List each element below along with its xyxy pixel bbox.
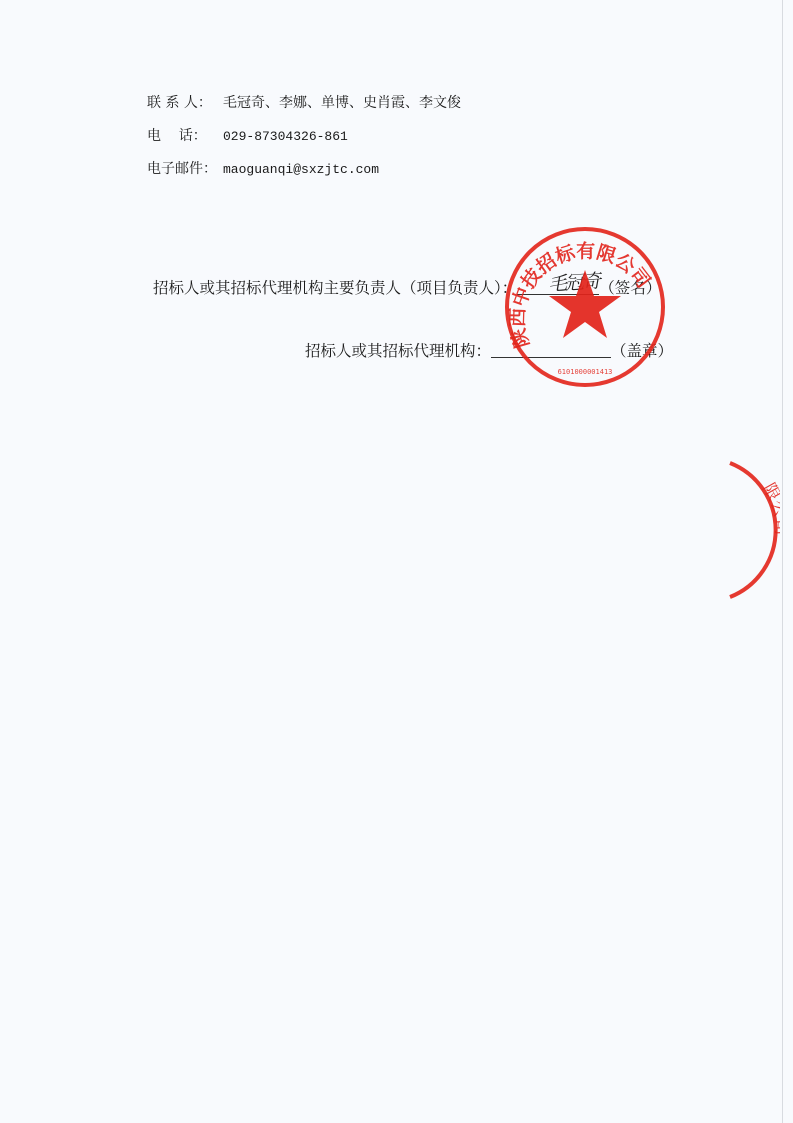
- contact-row-phone: 电 话： 029-87304326-861: [147, 125, 461, 158]
- contact-label: 电 话：: [147, 125, 223, 145]
- seal-suffix: （盖章）: [611, 339, 673, 361]
- contact-row-person: 联 系 人： 毛冠奇、李娜、单博、史肖霞、李文俊: [147, 92, 461, 125]
- responsible-person-label: 招标人或其招标代理机构主要负责人（项目负责人）：: [153, 276, 517, 298]
- company-seal-stamp: 陕西中技招标有限公司 6101000001413: [500, 222, 670, 392]
- page-edge-line: [782, 0, 783, 1123]
- signature-suffix: （签名）: [599, 276, 661, 298]
- agency-label: 招标人或其招标代理机构：: [305, 339, 491, 361]
- svg-text:限公司: 限公司: [758, 480, 780, 536]
- contact-label: 电子邮件：: [147, 158, 223, 178]
- contact-persons: 毛冠奇、李娜、单博、史肖霞、李文俊: [223, 92, 461, 112]
- agency-seal-line: 招标人或其招标代理机构： （盖章）: [305, 339, 673, 361]
- partial-seal-stamp: 限公司: [700, 455, 780, 605]
- contact-label: 联 系 人：: [147, 92, 223, 112]
- svg-text:6101000001413: 6101000001413: [558, 368, 613, 376]
- contact-phone: 029-87304326-861: [223, 129, 348, 144]
- contact-block: 联 系 人： 毛冠奇、李娜、单博、史肖霞、李文俊 电 话： 029-873043…: [147, 92, 461, 191]
- seal-blank[interactable]: [491, 341, 611, 358]
- contact-row-email: 电子邮件： maoguanqi@sxzjtc.com: [147, 158, 461, 191]
- contact-email[interactable]: maoguanqi@sxzjtc.com: [223, 162, 379, 177]
- handwritten-signature: 毛冠奇: [547, 266, 600, 296]
